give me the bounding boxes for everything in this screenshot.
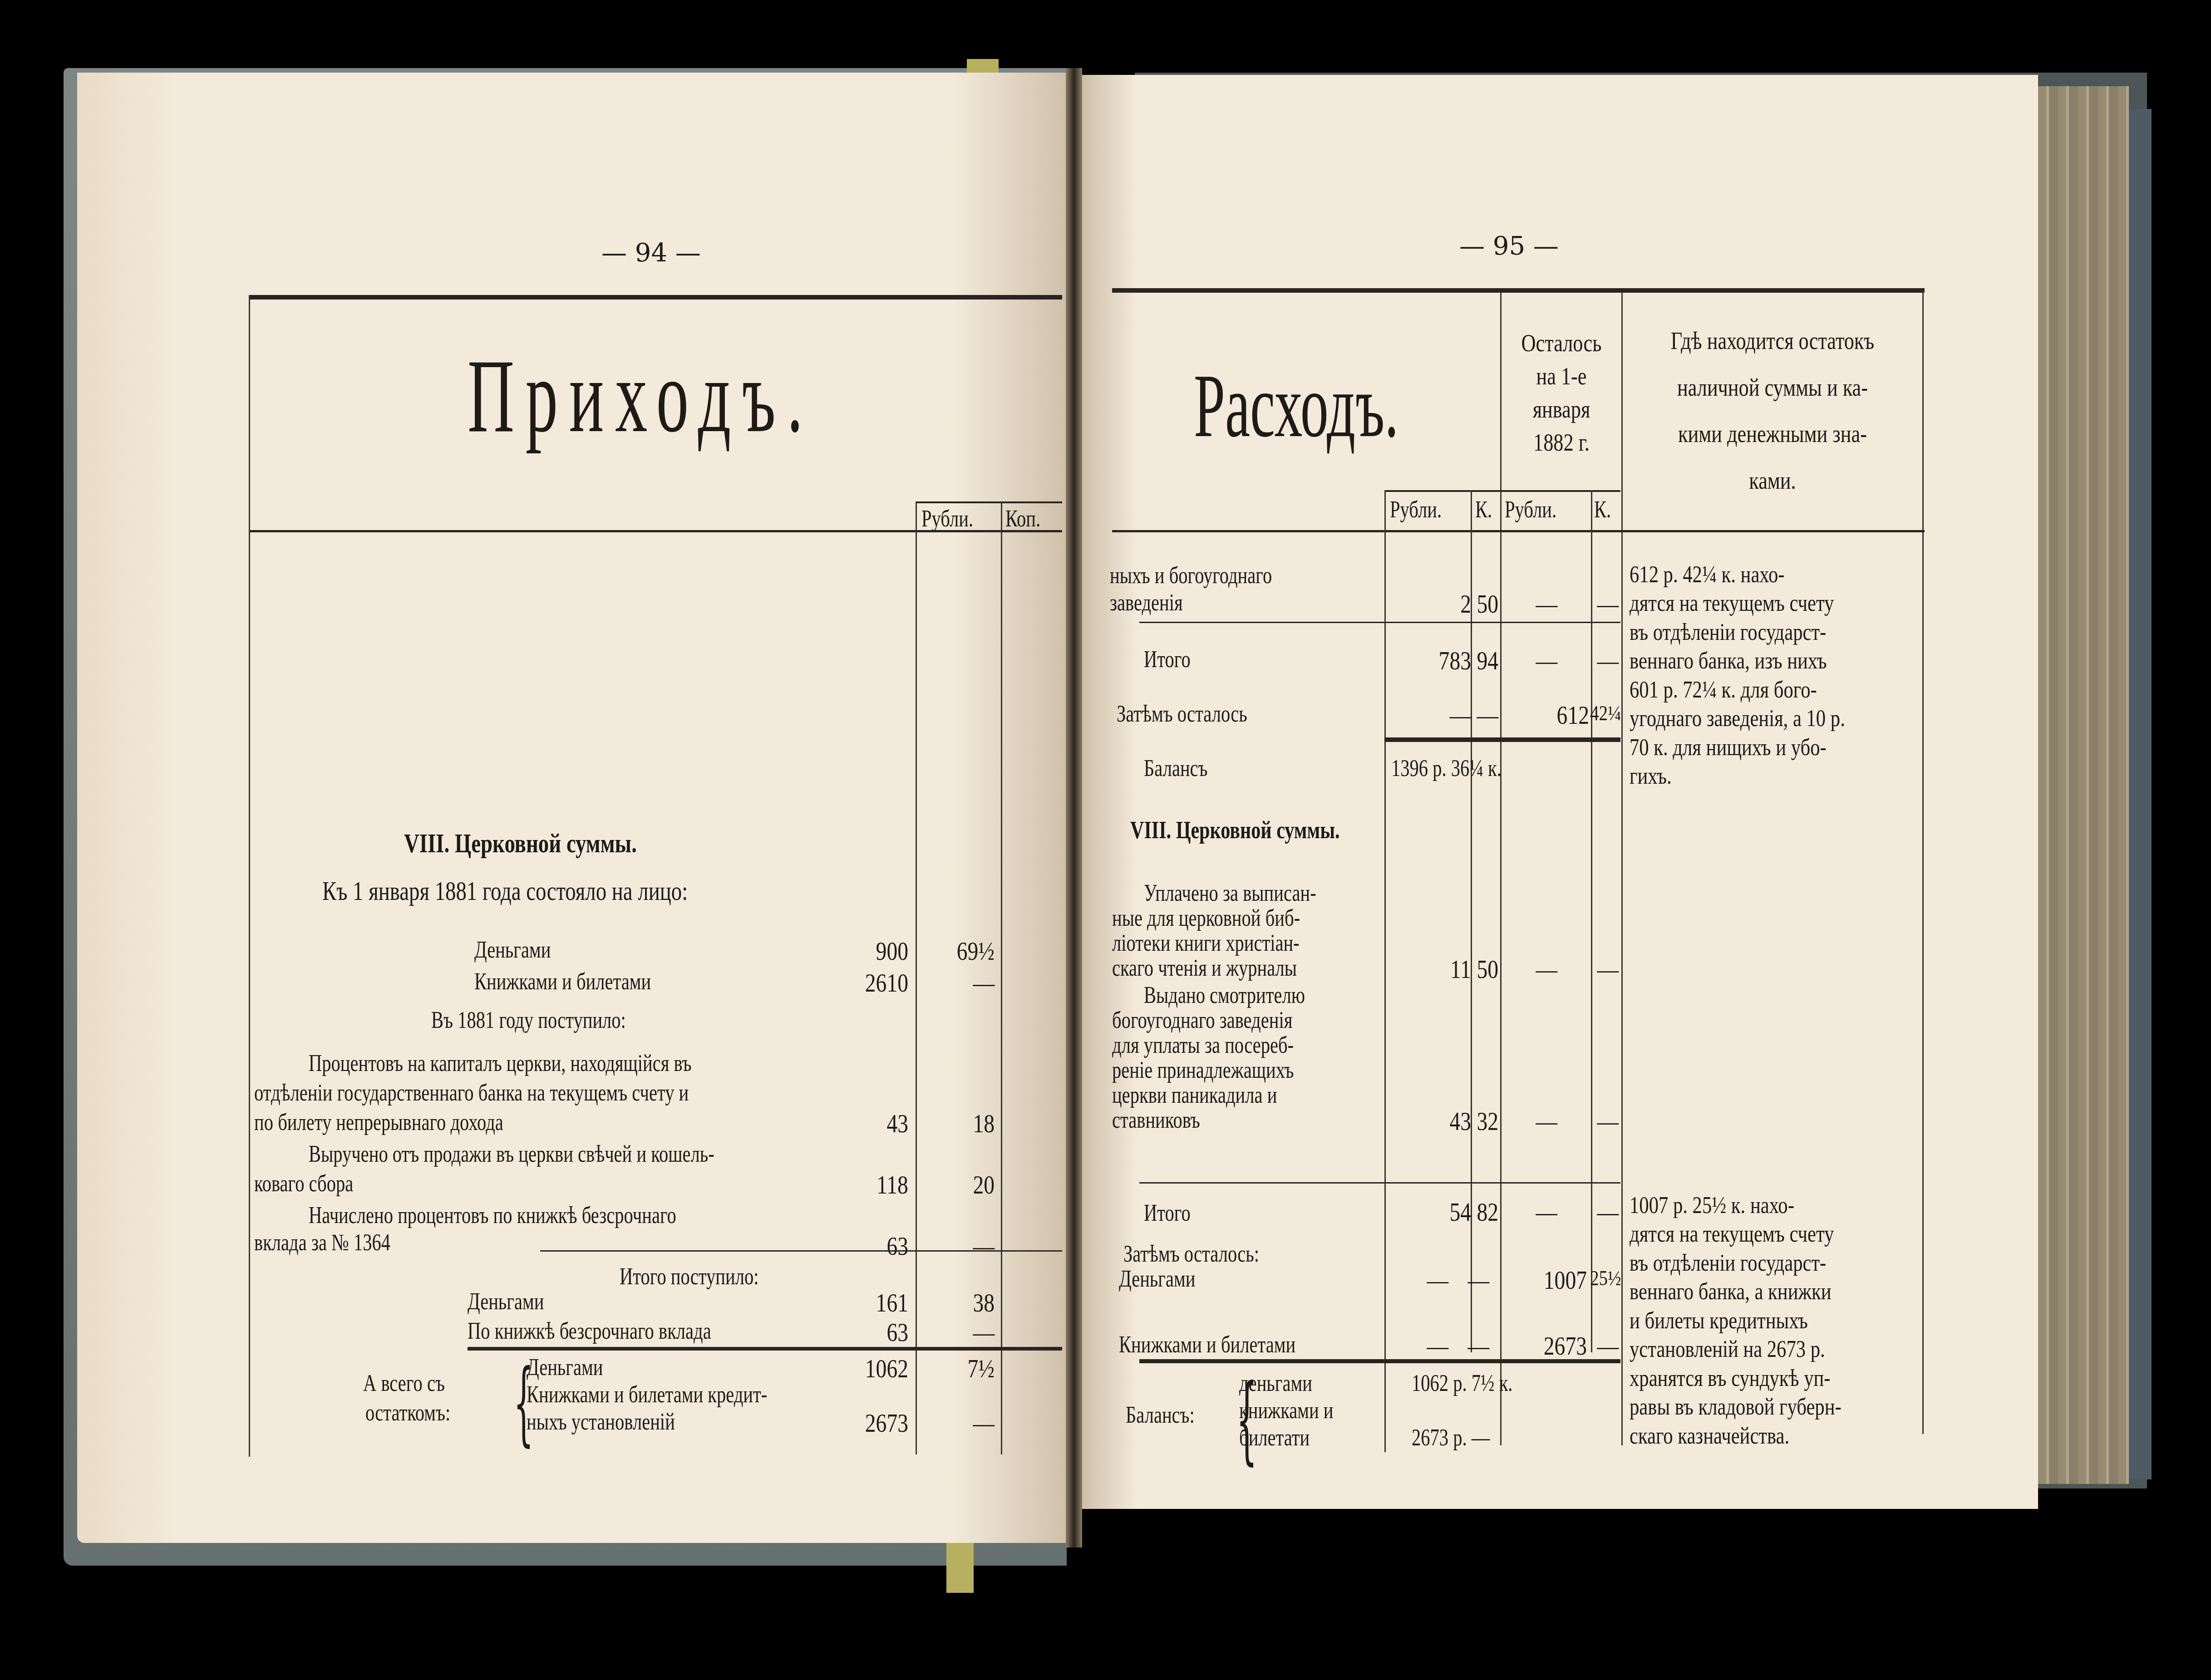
remaining-row-rem-kop: — [1597, 1332, 1619, 1361]
grand-row-rub: 1062 [865, 1355, 908, 1384]
income-row-kop: 18 [973, 1110, 995, 1139]
grand-row-label: Книжками и билетами кредит- [527, 1382, 767, 1408]
balance-row-value: 1062 р. 7½ к. [1412, 1371, 1513, 1396]
opening-row-rub: 900 [876, 937, 908, 966]
expense-row-line: заведенія [1110, 590, 1183, 616]
section-title-expense: Расходъ. [1194, 354, 1398, 458]
header-line: Гдѣ находится остатокъ [1652, 318, 1894, 364]
expense-row-kop: 50 [1477, 590, 1498, 619]
expense-row-kop: 50 [1477, 955, 1498, 984]
total-row-rub: 63 [886, 1318, 908, 1347]
opening-row-kop: 69½ [957, 937, 995, 966]
grand-label-line: А всего съ [363, 1371, 445, 1396]
expense-row-line: ліотеки книги христіан- [1112, 930, 1300, 956]
remaining-rem-rub: 612 [1557, 701, 1589, 730]
remaining-row-rem-kop: 25½ [1590, 1266, 1621, 1290]
remaining-row-rub: — [1427, 1266, 1448, 1295]
total-rem-rub: — [1536, 1198, 1557, 1227]
remaining-row-kop: — [1467, 1266, 1489, 1295]
income-row-rub: 118 [877, 1171, 908, 1200]
subtotal-rule-right [1139, 1182, 1620, 1184]
remaining-row-rem-rub: 1007 [1544, 1266, 1587, 1295]
total-label: Итого [1144, 1200, 1191, 1226]
board-edge [2129, 109, 2152, 1479]
bookmark-ribbon-bottom [946, 1543, 974, 1593]
expense-row-line: Выдано смотрителю [1144, 982, 1305, 1008]
col-header-rubles: Рубли. [1390, 497, 1442, 523]
opening-balance-heading: Къ 1 января 1881 года состояло на лицо: [322, 876, 688, 906]
total-row-kop: 38 [973, 1289, 995, 1318]
total-kop: 82 [1477, 1198, 1498, 1227]
income-row-rub: 43 [886, 1110, 908, 1139]
subtotal-rub: 783 [1439, 647, 1471, 676]
income-row-kop: 20 [973, 1171, 995, 1200]
col-rub-line-left [916, 501, 917, 1454]
col-remaining-line [1500, 293, 1502, 1445]
income-heading: Въ 1881 году поступило: [431, 1007, 626, 1033]
expense-row-rub: 11 [1450, 955, 1471, 984]
subtotal-rem-rub: — [1536, 647, 1557, 676]
col-kop-line-left [1001, 501, 1002, 1454]
total-row-kop: — [973, 1318, 995, 1347]
grand-total-rule [468, 1347, 1062, 1351]
total-rem-kop: — [1597, 1198, 1619, 1227]
col-header-kopecks: Коп. [1005, 506, 1040, 532]
header-bottom-rule-right [1112, 530, 1925, 532]
expense-row-line: богоугоднаго заведенія [1112, 1007, 1292, 1033]
page-number-right: — 95 — [1459, 231, 1559, 261]
remaining-label: Затѣмъ осталось [1117, 701, 1247, 727]
total-row-label: По книжкѣ безсрочнаго вклада [468, 1318, 711, 1344]
header-line: кими денежными зна- [1652, 411, 1894, 457]
col-header-top-rule-right [1384, 490, 1620, 492]
col-rub-line-right [1384, 490, 1386, 1452]
section-heading-church: VIII. Церковной суммы. [1130, 817, 1340, 844]
col-rub2-line-right [1591, 490, 1592, 1352]
remaining-row-label: Деньгами [1119, 1266, 1195, 1292]
subtotal-kop: 94 [1477, 647, 1498, 676]
page-number-left: — 94 — [601, 238, 701, 268]
expense-row-line: ставниковъ [1112, 1107, 1200, 1133]
total-row-label: Деньгами [468, 1289, 544, 1315]
location-note-church: 1007 р. 25½ к. нахо- дятся на текущемъ с… [1630, 1191, 1842, 1450]
opening-row-label: Деньгами [474, 937, 551, 963]
opening-row-label: Книжками и билетами [474, 969, 651, 995]
grand-label-line: остаткомъ: [365, 1400, 450, 1426]
header-line: ками. [1652, 457, 1894, 504]
income-row-line: Выручено отъ продажи въ церкви свѣчей и … [309, 1141, 714, 1167]
income-row-line: коваго сбора [254, 1171, 353, 1197]
balance-row-value: 2673 р. — [1412, 1425, 1490, 1451]
table-top-rule-right [1112, 288, 1925, 293]
expense-row-line: ные для церковной биб- [1112, 905, 1300, 931]
income-row-line: вклада за № 1364 [254, 1230, 390, 1256]
opening-row-kop: — [973, 969, 995, 998]
expense-row-rem-rub: — [1536, 955, 1557, 984]
col-header-top-rule [917, 501, 1062, 503]
table-right-border [1922, 290, 1924, 1434]
grand-row-label: Деньгами [527, 1355, 603, 1380]
total-row-rub: 161 [876, 1289, 908, 1318]
income-row-rub: 63 [886, 1232, 908, 1261]
expense-row-rem-kop: — [1597, 590, 1619, 619]
header-line: января [1513, 393, 1610, 426]
balance-label: Балансъ: [1126, 1402, 1195, 1428]
remaining-rub: — [1449, 701, 1471, 730]
subtotal-rule-right [1139, 622, 1620, 623]
income-row-kop: — [973, 1232, 995, 1261]
income-row-line: Процентовъ на капиталъ церкви, находящій… [309, 1051, 692, 1076]
expense-row-line: Уплачено за выписан- [1144, 880, 1316, 906]
header-line: Осталось [1513, 327, 1610, 360]
expense-row-rem-rub: — [1536, 590, 1557, 619]
balance-row-label: билетати [1239, 1425, 1310, 1451]
header-line: 1882 г. [1513, 426, 1610, 459]
remaining-row-rem-rub: 2673 [1544, 1332, 1587, 1361]
expense-row-line: ныхъ и богоугоднаго [1110, 563, 1272, 589]
expense-row-line: скаго чтенія и журналы [1112, 955, 1297, 981]
subtotal-label: Итого [1144, 647, 1191, 673]
col-header-remaining: Осталось на 1-е января 1882 г. [1513, 327, 1610, 459]
opening-row-rub: 2610 [865, 969, 908, 998]
grand-row-kop: — [973, 1409, 995, 1438]
total-rub: 54 [1449, 1198, 1471, 1227]
col-header-rubles: Рубли. [921, 506, 973, 532]
expense-row-line: реніе принадлежащихъ [1112, 1057, 1294, 1083]
balance-label: Балансъ [1144, 756, 1208, 781]
expense-row-kop: 32 [1477, 1107, 1498, 1136]
remaining-row-kop: — [1467, 1332, 1489, 1361]
col-header-rubles-2: Рубли. [1505, 497, 1556, 523]
col-header-location: Гдѣ находится остатокъ наличной суммы и … [1652, 318, 1894, 504]
remaining-row-rub: — [1427, 1332, 1448, 1361]
expense-row-rem-kop: — [1597, 1107, 1619, 1136]
book-gutter [1066, 68, 1082, 1547]
location-note-previous: 612 р. 42¼ к. нахо- дятся на текущемъ сч… [1630, 560, 1845, 791]
balance-rule [1384, 737, 1620, 742]
income-row-line: отдѣленіи государственнаго банка на теку… [254, 1080, 689, 1106]
grand-row-rub: 2673 [865, 1409, 908, 1438]
col-location-line [1621, 293, 1623, 1445]
expense-row-rem-rub: — [1536, 1107, 1557, 1136]
remaining-heading: Затѣмъ осталось: [1123, 1241, 1259, 1267]
balance-row-label: деньгами [1239, 1371, 1312, 1396]
page-fore-edge [2038, 86, 2129, 1484]
section-title-income: Приходъ. [468, 336, 814, 456]
col-header-k-2: К. [1594, 497, 1611, 523]
expense-row-rub: 43 [1449, 1107, 1471, 1136]
subtotal-rem-kop: — [1597, 647, 1619, 676]
col-header-k: К. [1475, 497, 1492, 523]
expense-row-rem-kop: — [1597, 955, 1619, 984]
table-top-rule-left [250, 295, 1062, 300]
remaining-rem-kop: 42¼ [1590, 701, 1621, 725]
expense-row-line: церкви паникадила и [1112, 1082, 1277, 1108]
total-income-heading: Итого поступило: [620, 1264, 758, 1290]
income-row-line: по билету непрерывнаго дохода [254, 1110, 503, 1135]
balance-rule [1139, 1359, 1620, 1363]
balance-value: 1396 р. 36¼ к. [1391, 756, 1502, 781]
expense-row-line: для уплаты за посереб- [1112, 1032, 1294, 1058]
header-line: на 1-е [1513, 360, 1610, 393]
remaining-kop: — [1477, 701, 1498, 730]
remaining-row-label: Книжками и билетами [1119, 1332, 1295, 1358]
section-heading-church: VIII. Церковной суммы. [404, 828, 637, 858]
subtotal-rule [540, 1250, 1062, 1252]
grand-row-kop: 7½ [968, 1355, 995, 1384]
header-line: наличной суммы и ка- [1652, 364, 1894, 411]
table-left-border [249, 295, 250, 1457]
expense-row-rub: 2 [1460, 590, 1471, 619]
income-row-line: Начислено процентовъ по книжкѣ безсрочна… [309, 1203, 676, 1228]
balance-row-label: книжками и [1239, 1398, 1333, 1424]
grand-row-label: ныхъ установленій [527, 1409, 675, 1435]
